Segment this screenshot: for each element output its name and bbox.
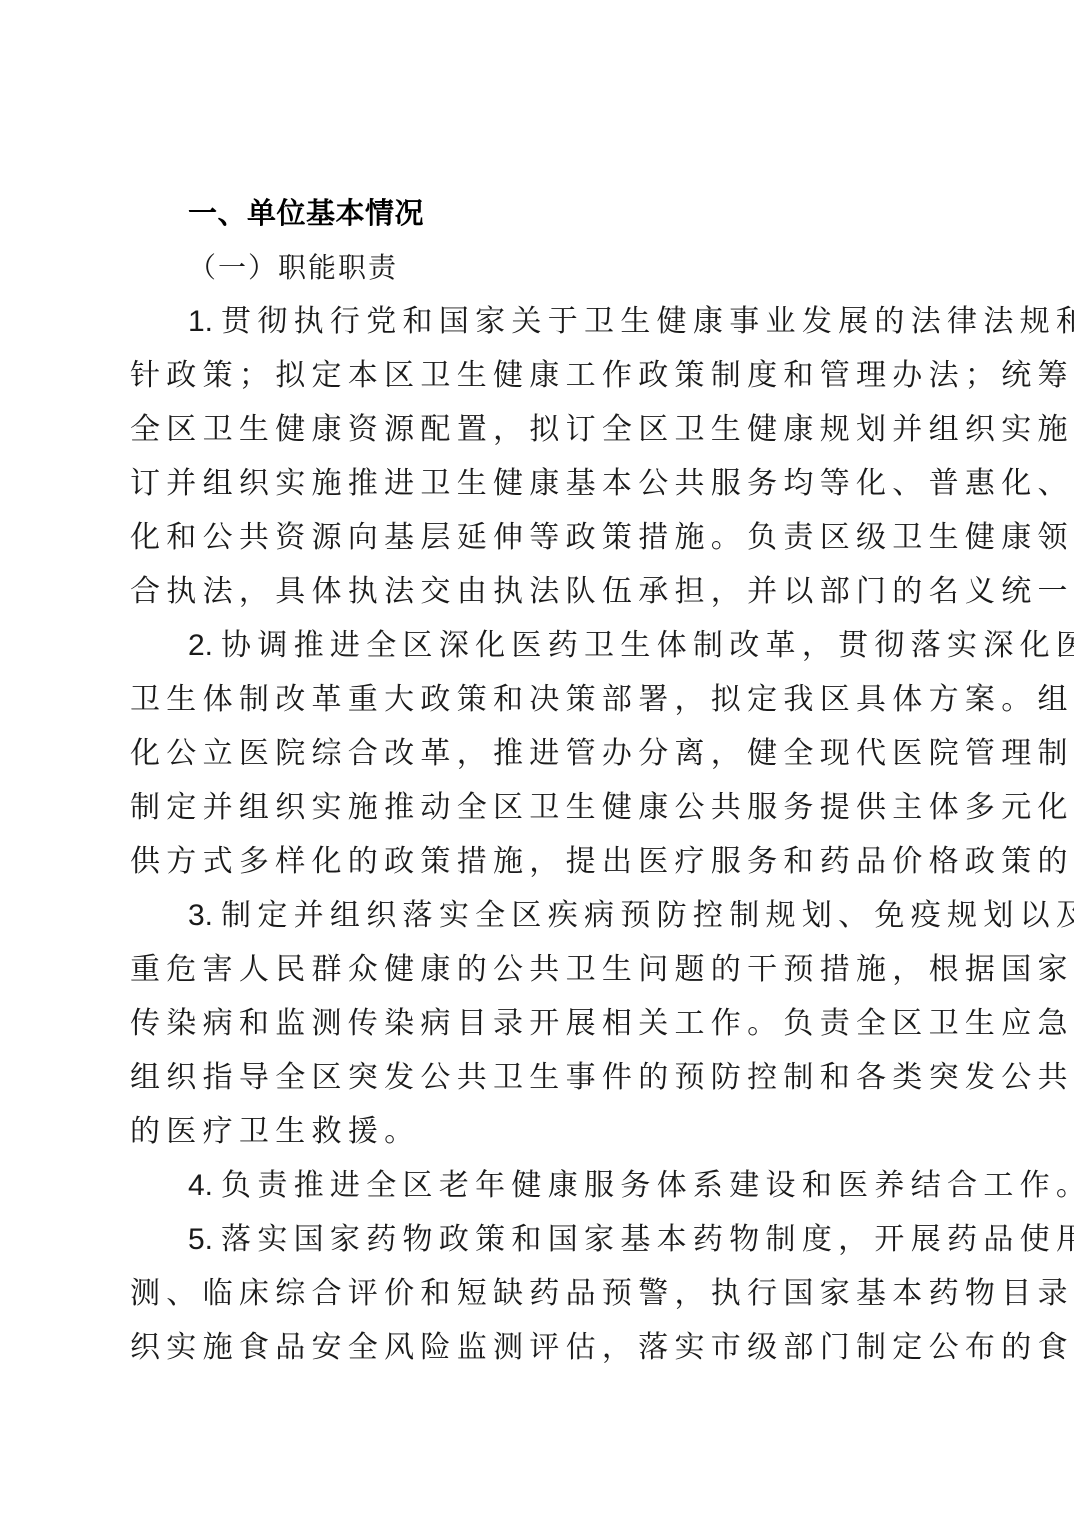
paragraph-line: 全区卫生健康资源配置，拟订全区卫生健康规划并组织实施；拟	[130, 410, 950, 450]
item-number: 2.	[188, 629, 213, 662]
paragraph-line: 针政策；拟定本区卫生健康工作政策制度和管理办法；统筹规划	[130, 356, 950, 396]
paragraph-line: 订并组织实施推进卫生健康基本公共服务均等化、普惠化、便捷	[130, 464, 950, 504]
paragraph-line: 卫生体制改革重大政策和决策部署，拟定我区具体方案。组织深	[130, 680, 950, 720]
paragraph-line: 传染病和监测传染病目录开展相关工作。负责全区卫生应急工作，	[130, 1004, 950, 1044]
subsection-heading: （一）职能职责	[188, 248, 1008, 288]
paragraph-line: 织实施食品安全风险监测评估，落实市级部门制定公布的食品安	[130, 1328, 950, 1368]
paragraph-line: 测、临床综合评价和短缺药品预警，执行国家基本药物目录。组	[130, 1274, 950, 1314]
item-number: 4.	[188, 1169, 213, 1202]
paragraph-line: 合执法，具体执法交由执法队伍承担，并以部门的名义统一执法。	[130, 572, 950, 612]
paragraph-line: 重危害人民群众健康的公共卫生问题的干预措施，根据国家检疫	[130, 950, 950, 990]
paragraph-line: 化和公共资源向基层延伸等政策措施。负责区级卫生健康领域综	[130, 518, 950, 558]
section-heading: 一、单位基本情况	[188, 193, 1008, 233]
item-number: 1.	[188, 305, 213, 338]
paragraph-line: 组织指导全区突发公共卫生事件的预防控制和各类突发公共事件	[130, 1058, 950, 1098]
paragraph-line: 的医疗卫生救援。	[130, 1112, 950, 1152]
paragraph-line: 3.制定并组织落实全区疾病预防控制规划、免疫规划以及严	[188, 896, 1008, 936]
paragraph-line: 化公立医院综合改革，推进管办分离，健全现代医院管理制度，	[130, 734, 950, 774]
paragraph-line: 制定并组织实施推动全区卫生健康公共服务提供主体多元化、提	[130, 788, 950, 828]
paragraph-line: 1.贯彻执行党和国家关于卫生健康事业发展的法律法规和方	[188, 302, 1008, 342]
item-number: 5.	[188, 1223, 213, 1256]
item-number: 3.	[188, 899, 213, 932]
document-page: 一、单位基本情况 （一）职能职责 1.贯彻执行党和国家关于卫生健康事业发展的法律…	[0, 0, 1074, 1520]
paragraph-line: 2.协调推进全区深化医药卫生体制改革，贯彻落实深化医药	[188, 626, 1008, 666]
paragraph-line: 5.落实国家药物政策和国家基本药物制度，开展药品使用监	[188, 1220, 1008, 1260]
paragraph-line: 4.负责推进全区老年健康服务体系建设和医养结合工作。	[188, 1166, 1008, 1206]
paragraph-line: 供方式多样化的政策措施，提出医疗服务和药品价格政策的建议。	[130, 842, 950, 882]
